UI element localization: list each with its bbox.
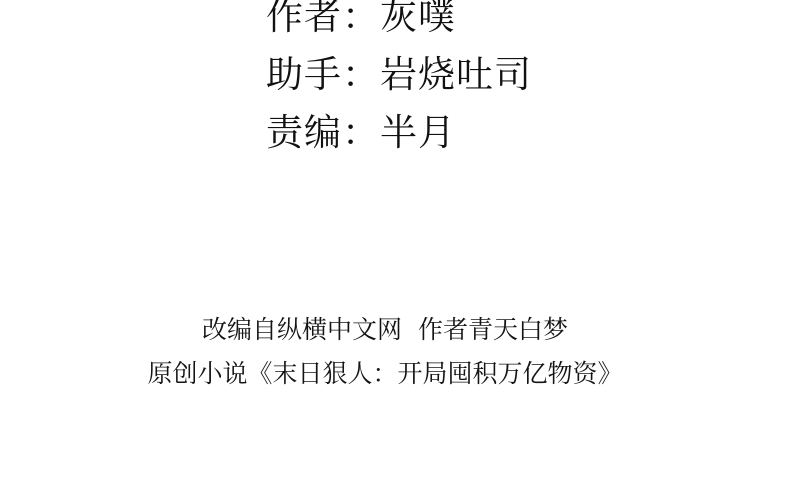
credit-label: 助手	[266, 46, 342, 104]
credit-value: 岩烧吐司	[380, 46, 532, 104]
credit-label: 责编	[266, 104, 342, 162]
credit-label: 作者	[266, 0, 342, 46]
credit-separator: ：	[342, 104, 380, 162]
credits-block: 作者：灰噗 助手：岩烧吐司 责编：半月	[266, 0, 532, 162]
credit-editor: 责编：半月	[266, 104, 532, 162]
credit-value: 灰噗	[380, 0, 456, 46]
credit-assistant: 助手：岩烧吐司	[266, 46, 532, 104]
credit-value: 半月	[380, 104, 456, 162]
credit-author: 作者：灰噗	[266, 0, 532, 46]
source-line-adaptation: 改编自纵横中文网 作者青天白梦	[0, 308, 770, 352]
credit-separator: ：	[342, 46, 380, 104]
source-attribution: 改编自纵横中文网 作者青天白梦 原创小说《末日狠人：开局囤积万亿物资》	[0, 308, 770, 396]
source-line-novel-title: 原创小说《末日狠人：开局囤积万亿物资》	[0, 352, 770, 396]
credit-separator: ：	[342, 0, 380, 46]
